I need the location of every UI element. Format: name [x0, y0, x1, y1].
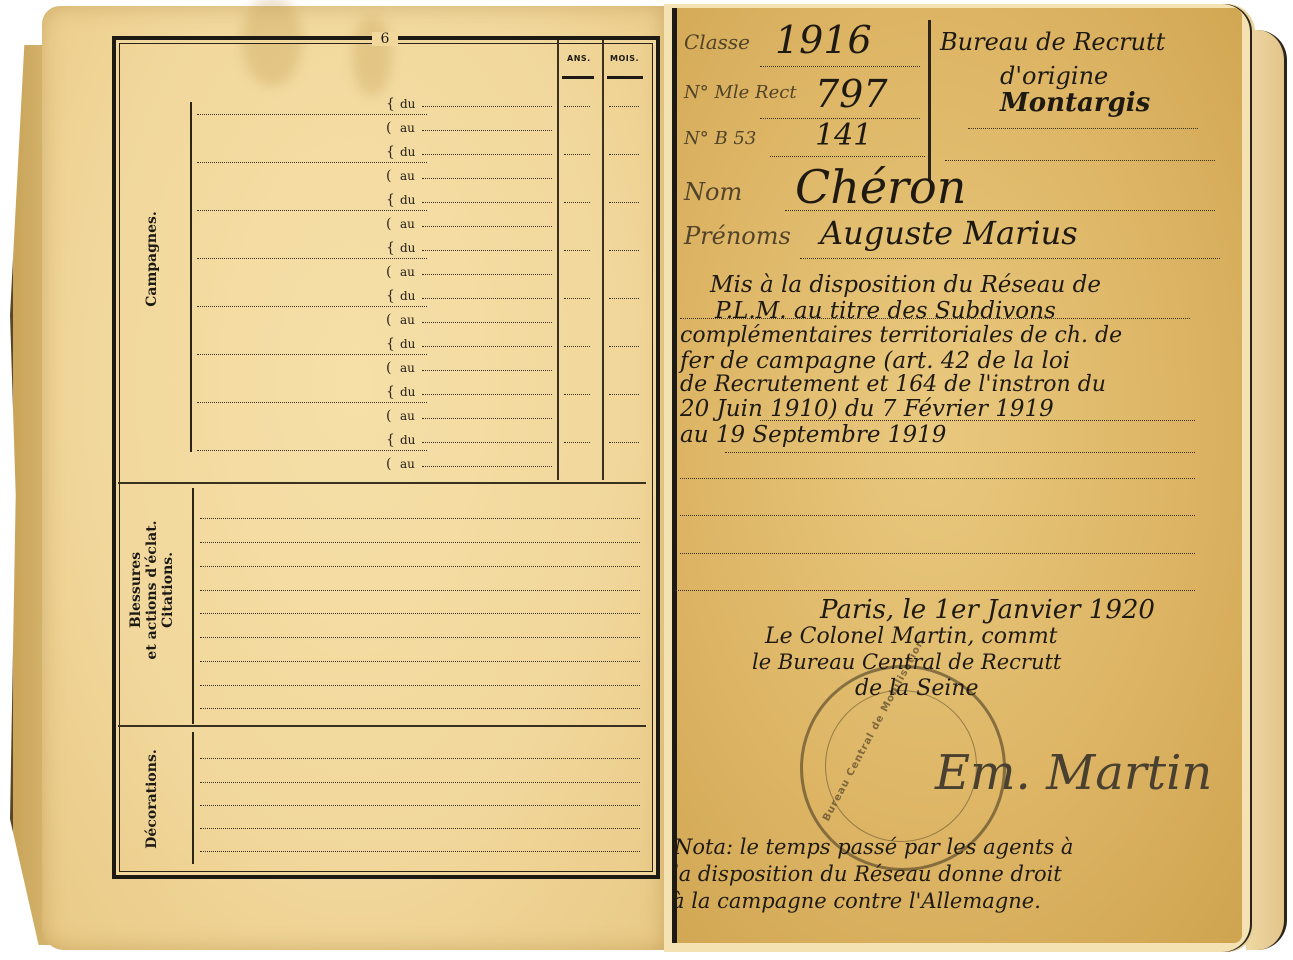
bracket: ( — [386, 166, 391, 186]
decorations-line[interactable] — [200, 828, 640, 829]
decorations-line[interactable] — [200, 782, 640, 783]
bracket: { — [386, 430, 395, 450]
wounds-label: Blessures et actions d'éclat. Citations. — [128, 505, 176, 675]
note-line: à la campagne contre l'Allemagne. — [672, 889, 1041, 913]
wounds-label-line: Blessures — [128, 505, 144, 675]
dotted-line — [760, 66, 920, 67]
du-field[interactable]: {du — [400, 382, 415, 402]
campaign-line — [197, 450, 427, 451]
du-label: du — [400, 433, 415, 447]
bracket: ( — [386, 358, 391, 378]
dotted-line — [725, 452, 1195, 453]
bracket: ( — [386, 406, 391, 426]
dotted-line — [945, 160, 1215, 161]
years-dots — [564, 202, 590, 203]
campaign-line — [197, 162, 427, 163]
months-header: MOIS. — [610, 54, 639, 63]
au-label: au — [400, 313, 415, 327]
bracket: { — [386, 94, 395, 114]
signature: Em. Martin — [935, 745, 1212, 801]
years-dots — [564, 154, 590, 155]
au-field[interactable]: (au — [400, 406, 415, 426]
bureau-line1: Bureau de Recrutt — [940, 28, 1165, 56]
number-value: 141 — [815, 118, 872, 153]
bracket: ( — [386, 454, 391, 474]
au-field[interactable]: (au — [400, 262, 415, 282]
campaign-line — [197, 354, 427, 355]
au-label: au — [400, 217, 415, 231]
matricule-label: N° Mle Rect — [684, 82, 797, 103]
bracket: { — [386, 286, 395, 306]
dotted-line — [800, 258, 1220, 259]
months-dots — [609, 298, 639, 299]
section-divider — [118, 482, 646, 484]
du-label: du — [400, 241, 415, 255]
du-field[interactable]: {du — [400, 142, 415, 162]
years-dots — [564, 442, 590, 443]
wounds-line[interactable] — [200, 708, 640, 709]
campaign-line — [197, 402, 427, 403]
right-page-edge — [1246, 30, 1287, 950]
du-label: du — [400, 289, 415, 303]
du-field[interactable]: {du — [400, 430, 415, 450]
wounds-line[interactable] — [200, 542, 640, 543]
wounds-line[interactable] — [200, 590, 640, 591]
brace — [192, 732, 202, 864]
page-number: 6 — [372, 32, 398, 46]
campaign-line — [197, 306, 427, 307]
du-field[interactable]: {du — [400, 286, 415, 306]
col-divider — [557, 40, 559, 480]
au-field[interactable]: (au — [400, 118, 415, 138]
months-dots — [609, 346, 639, 347]
bracket: { — [386, 190, 395, 210]
campaign-line — [197, 210, 427, 211]
au-label: au — [400, 457, 415, 471]
bracket: { — [386, 238, 395, 258]
dotted-line — [680, 318, 1190, 319]
body-line: complémentaires territoriales de ch. de — [680, 323, 1122, 348]
body-line: de Recrutement et 164 de l'instron du — [680, 372, 1106, 397]
wounds-line[interactable] — [200, 613, 640, 614]
dotted-line[interactable] — [680, 515, 1195, 516]
wounds-line[interactable] — [200, 661, 640, 662]
wounds-label-line: Citations. — [160, 505, 176, 675]
campaign-line — [197, 114, 427, 115]
body-line: Mis à la disposition du Réseau de — [710, 272, 1101, 298]
header-divider — [928, 20, 931, 180]
dotted-line[interactable] — [675, 590, 1195, 591]
bureau-line2: d'origine — [1000, 62, 1108, 90]
du-label: du — [400, 385, 415, 399]
dots — [422, 322, 552, 323]
dotted-line[interactable] — [680, 478, 1195, 479]
bracket: ( — [386, 214, 391, 234]
months-dots — [609, 154, 639, 155]
du-field[interactable]: {du — [400, 94, 415, 114]
dots — [422, 250, 552, 251]
prenoms-label: Prénoms — [684, 222, 791, 250]
matricule-value: 797 — [815, 72, 888, 116]
months-dots — [609, 106, 639, 107]
months-dots — [609, 442, 639, 443]
rule — [562, 76, 594, 79]
section-divider — [118, 725, 646, 727]
bracket: { — [386, 142, 395, 162]
du-label: du — [400, 145, 415, 159]
rule — [607, 76, 643, 79]
dots — [422, 418, 552, 419]
dots — [422, 154, 552, 155]
prenoms-value: Auguste Marius — [820, 214, 1078, 252]
au-label: au — [400, 265, 415, 279]
place-date: Paris, le 1er Janvier 1920 — [820, 595, 1155, 625]
au-field[interactable]: (au — [400, 358, 415, 378]
signoff-line: le Bureau Central de Recrutt — [752, 650, 1061, 674]
bracket: { — [386, 334, 395, 354]
au-label: au — [400, 121, 415, 135]
bracket: ( — [386, 310, 391, 330]
nom-value: Chéron — [795, 160, 966, 214]
years-dots — [564, 298, 590, 299]
dots — [422, 226, 552, 227]
note-line: Nota: le temps passé par les agents à — [674, 835, 1073, 859]
wounds-line[interactable] — [200, 685, 640, 686]
months-dots — [609, 202, 639, 203]
years-dots — [564, 106, 590, 107]
bracket: ( — [386, 118, 391, 138]
dots — [422, 274, 552, 275]
body-line: fer de campagne (art. 42 de la loi — [680, 348, 1070, 374]
signoff-line: Le Colonel Martin, commt — [765, 624, 1058, 649]
brace — [192, 488, 202, 724]
dots — [422, 106, 552, 107]
note-line: la disposition du Réseau donne droit — [672, 862, 1062, 886]
dotted-line — [770, 156, 925, 157]
signoff-line: de la Seine — [855, 676, 979, 701]
du-field[interactable]: {du — [400, 334, 415, 354]
dots — [422, 394, 552, 395]
campaign-line — [197, 258, 427, 259]
months-dots — [609, 250, 639, 251]
au-field[interactable]: (au — [400, 214, 415, 234]
body-line: 20 Juin 1910) du 7 Février 1919 — [680, 396, 1054, 422]
dots — [422, 346, 552, 347]
du-label: du — [400, 337, 415, 351]
campaigns-label: Campagnes. — [144, 189, 160, 329]
dots — [422, 442, 552, 443]
col-divider — [602, 40, 604, 480]
dotted-line — [760, 420, 1195, 421]
bracket: ( — [386, 262, 391, 282]
decorations-line[interactable] — [200, 805, 640, 806]
dotted-line[interactable] — [680, 553, 1195, 554]
wounds-line[interactable] — [200, 518, 640, 519]
wounds-line[interactable] — [200, 637, 640, 638]
classe-label: Classe — [684, 30, 750, 54]
dots — [422, 178, 552, 179]
wounds-line[interactable] — [200, 566, 640, 567]
dots — [422, 130, 552, 131]
wounds-label-line: et actions d'éclat. — [144, 505, 160, 675]
au-label: au — [400, 169, 415, 183]
du-field[interactable]: {du — [400, 238, 415, 258]
dotted-line — [968, 128, 1198, 129]
brace — [190, 102, 200, 452]
classe-value: 1916 — [775, 18, 872, 62]
au-label: au — [400, 361, 415, 375]
dots — [422, 202, 552, 203]
years-dots — [564, 394, 590, 395]
years-header: ANS. — [567, 54, 591, 63]
body-line: au 19 Septembre 1919 — [680, 422, 946, 448]
dots — [422, 298, 552, 299]
du-label: du — [400, 193, 415, 207]
au-field[interactable]: (au — [400, 454, 415, 474]
decorations-label: Décorations. — [144, 734, 160, 864]
dotted-line — [785, 210, 1215, 211]
bracket: { — [386, 382, 395, 402]
du-field[interactable]: {du — [400, 190, 415, 210]
dots — [422, 466, 552, 467]
body-line: P.L.M. au titre des Subdivons — [715, 298, 1056, 324]
bureau-line3: Montargis — [1000, 88, 1150, 118]
decorations-line[interactable] — [200, 758, 640, 759]
months-dots — [609, 394, 639, 395]
number-label: N° B 53 — [684, 128, 756, 149]
nom-label: Nom — [684, 178, 742, 206]
du-label: du — [400, 97, 415, 111]
left-page: 6 ANS. MOIS. Campagnes. {du (au {du (au … — [42, 6, 664, 950]
decorations-line[interactable] — [200, 851, 640, 852]
au-field[interactable]: (au — [400, 166, 415, 186]
au-label: au — [400, 409, 415, 423]
years-dots — [564, 346, 590, 347]
dots — [422, 370, 552, 371]
years-dots — [564, 250, 590, 251]
au-field[interactable]: (au — [400, 310, 415, 330]
